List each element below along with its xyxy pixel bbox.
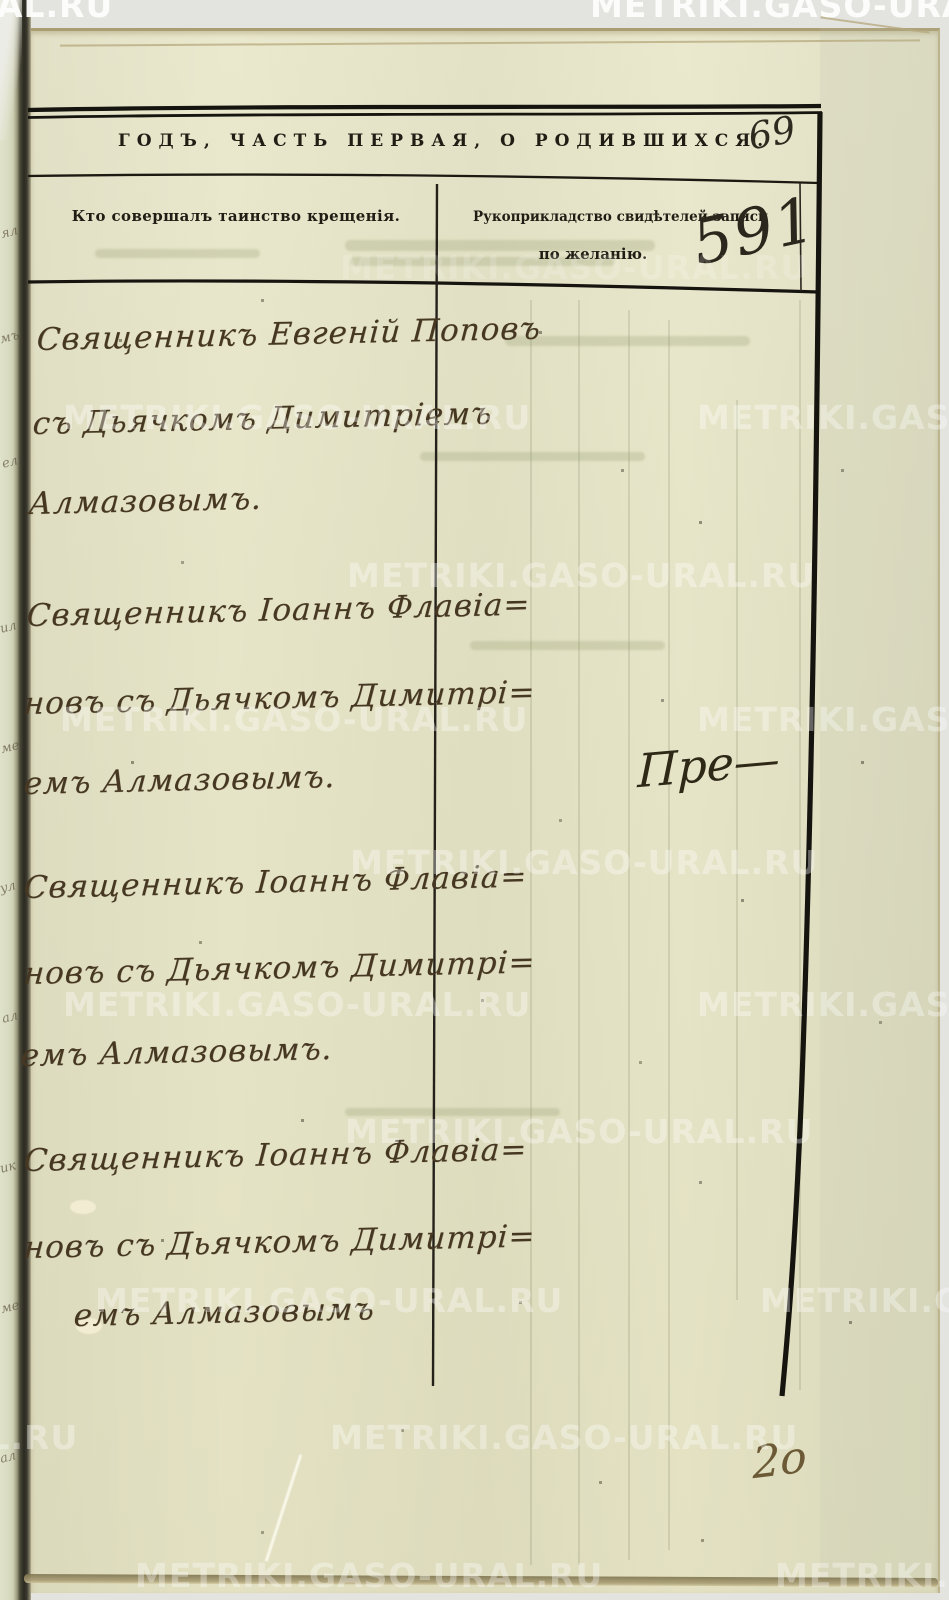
entry-1-line-3: Алмазовымъ. <box>28 481 264 522</box>
entry-4-line-3: емъ Алмазовымъ <box>73 1291 376 1334</box>
metric-book-scan: ял мъ ел ил ме ул ал ик ме ал <box>0 0 949 1600</box>
handwritten-folio-number: 69 <box>745 108 799 159</box>
entry-3-line-3: емъ Алмазовымъ. <box>20 1031 334 1074</box>
handwritten-sheet-mark: 2о <box>752 1431 807 1489</box>
entry-2-line-3: емъ Алмазовымъ. <box>23 759 337 802</box>
page-title: ГОДЪ, ЧАСТЬ ПЕРВАЯ, О РОДИВШИХСЯ. <box>118 131 748 151</box>
column-header-witnesses-line2: по желанію. <box>468 245 718 263</box>
column-header-officiant: Кто совершалъ таинство крещенія. <box>55 207 417 225</box>
